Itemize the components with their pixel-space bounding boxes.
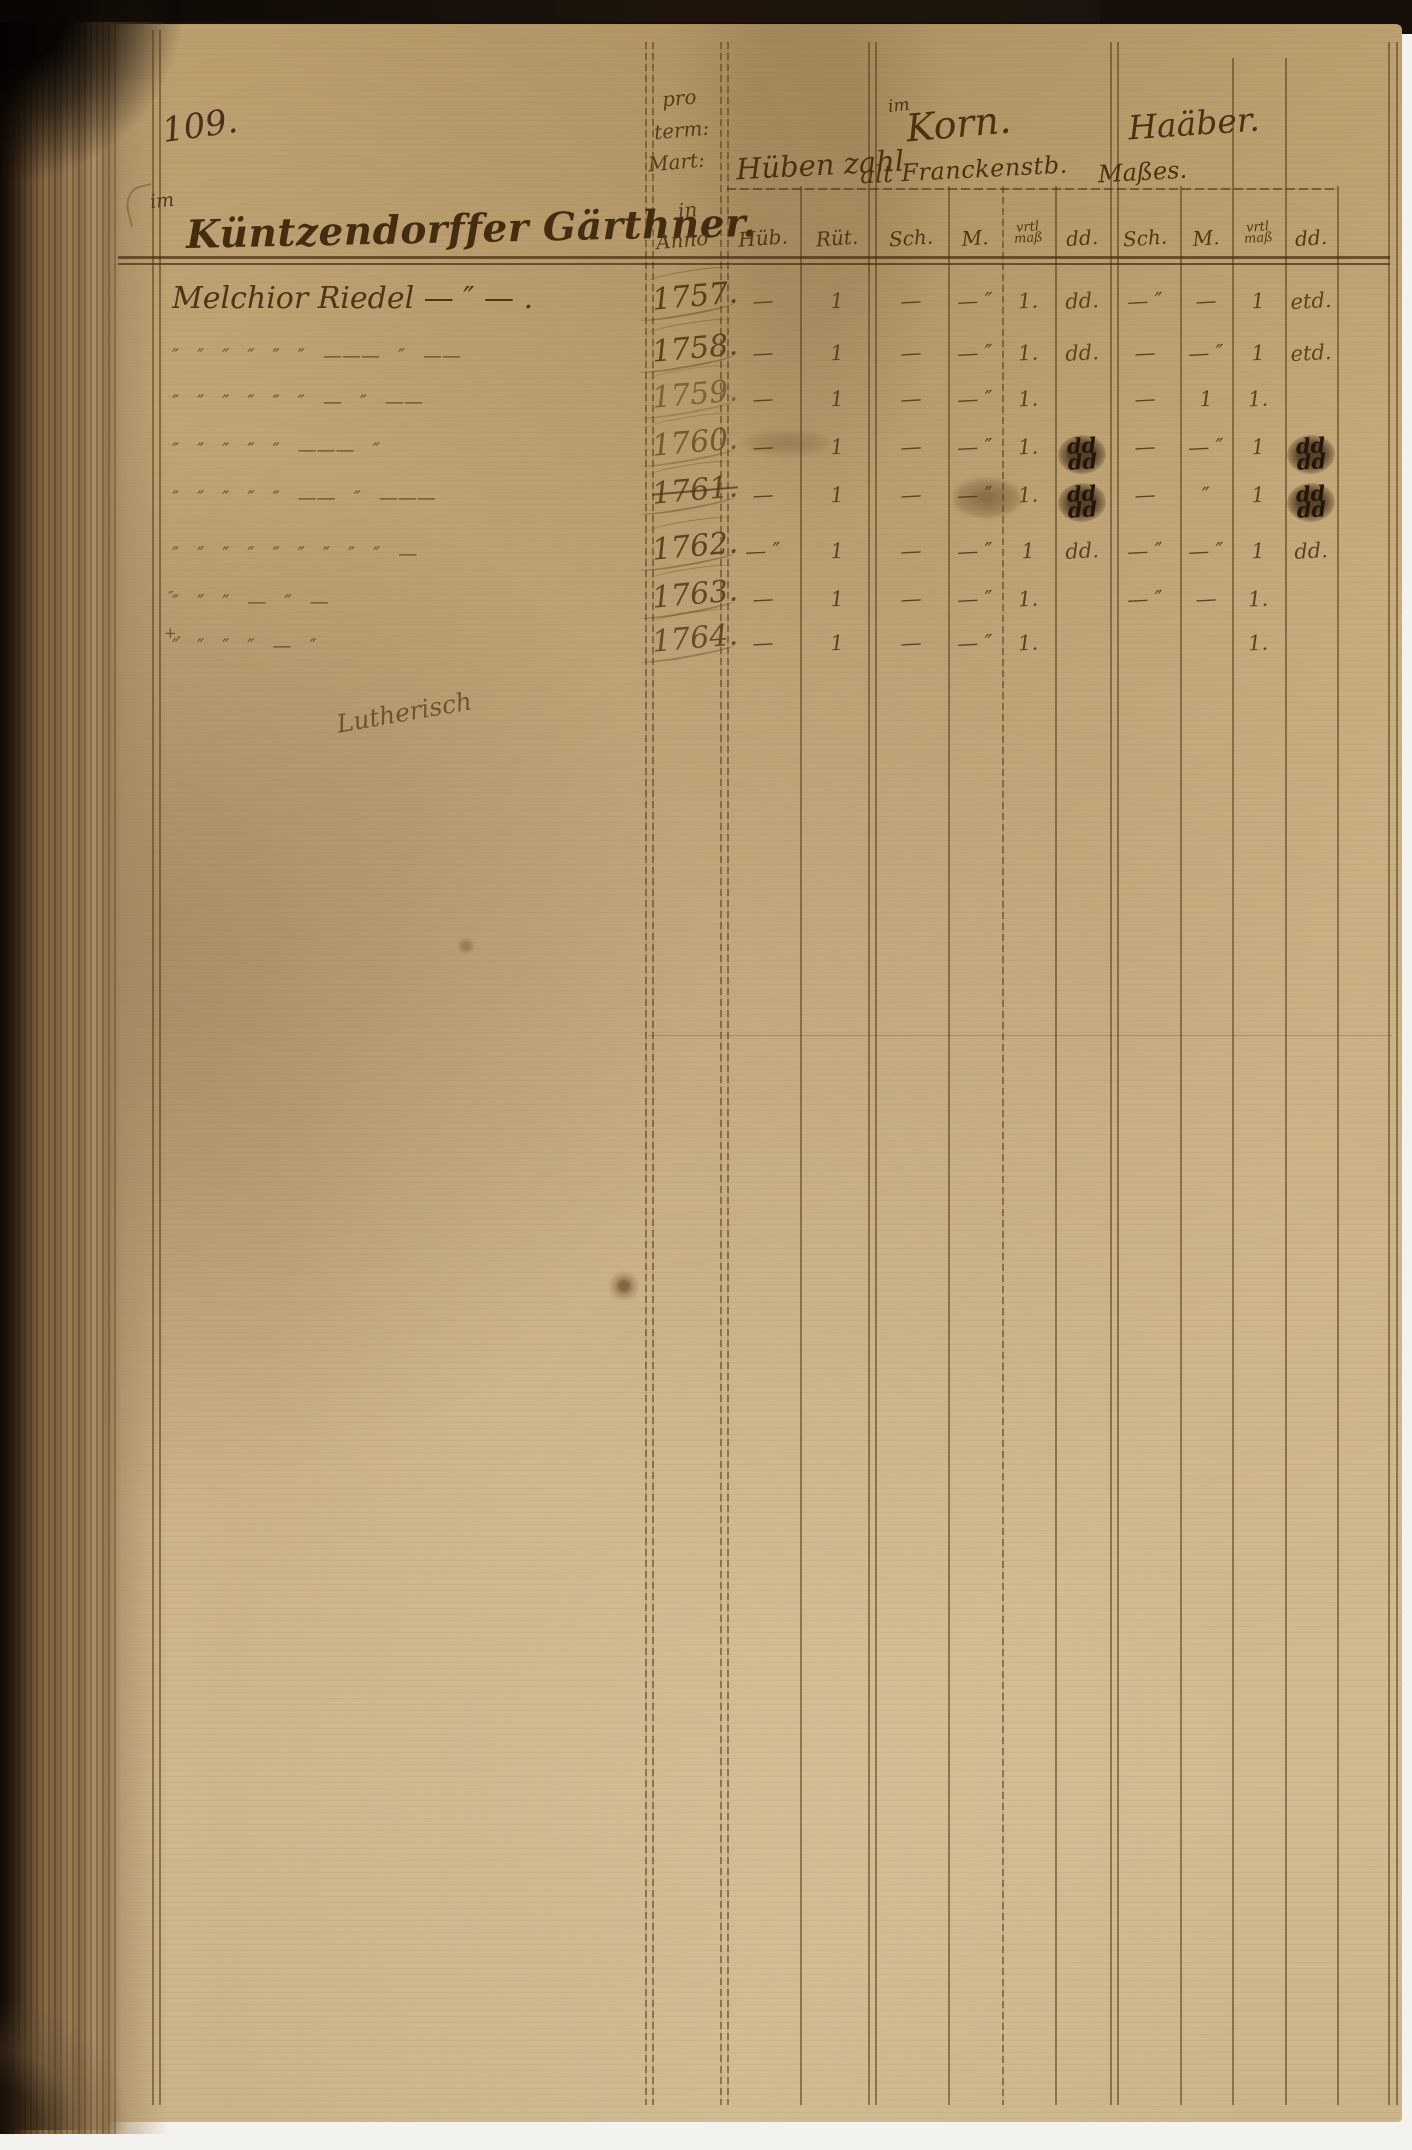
ledger-cell: 1. [1017,434,1038,459]
scanner-bed-bottom [0,2118,1412,2150]
ledger-cell: — ″ [1188,340,1225,366]
row-year: 1762. [651,525,740,567]
ledger-cell: 1 [1251,289,1266,314]
ledger-cell: — [752,288,774,313]
ledger-cell: — ″ [957,386,994,412]
row-year: 1760. [651,421,740,463]
row-name: ″ ″ ″ ″ ″ ——— ″ [172,439,380,461]
ledger-cell: 1 [1251,435,1266,460]
row-year: 1758. [651,327,740,369]
grid-line-vertical [1232,58,1234,2105]
term-col-word-mart: Mart: [647,148,706,177]
ledger-cell: — [752,630,774,655]
grid-line-vertical [1396,42,1398,2105]
ledger-cell: 1 [830,341,845,366]
col-group-haaber-measure: Maßes. [1097,156,1187,189]
ledger-cell: 1. [1017,386,1038,411]
ledger-cell: 1 [830,435,845,460]
ledger-cell: — [1134,340,1156,365]
ink-smudge [742,430,832,456]
ledger-cell: — [900,586,922,611]
grid-line-vertical [1180,186,1182,2105]
subheader-korn-m: M. [961,225,989,251]
ledger-cell: — [900,434,922,459]
ledger-cell: — [752,482,774,507]
title-prefix: im [149,189,175,213]
margin-mark: +. [164,624,181,642]
bottom-left-page-edges [0,1980,150,2130]
ledger-cell: — [752,386,774,411]
row-name: ″ ″ ″ ″ ″ ″ — ″ —— [172,391,423,413]
ledger-cell: — [1134,434,1156,459]
term-col-word-anno: Anno [655,226,709,254]
grid-line-vertical [948,186,950,2105]
ledger-cell: — ″ [1127,538,1164,564]
ledger-cell: — ″ [957,340,994,366]
grid-line-vertical [645,42,647,2105]
subheader-korn-vrtl: vrtl maß [1005,220,1050,245]
row-year: 1764. [651,617,740,659]
row-name: ″ ″ ″ ″ ″ ″ ″ ″ ″ — [172,543,417,565]
grid-line-vertical [1002,186,1004,2105]
ledger-cell: — [1134,482,1156,507]
margin-mark: ″ [168,588,174,606]
row-year: 1759. [651,373,740,415]
term-col-word-term: term: [653,116,710,145]
scanned-ledger-page: 109. im Küntzendorffer Gärthner. pro ter… [0,0,1412,2150]
ledger-cell: etd. [1290,288,1332,314]
ledger-cell: — ″ [957,586,994,612]
grid-line-vertical [1055,186,1057,2105]
ledger-cell: dd. [1294,538,1329,564]
grid-line-vertical [1337,186,1339,2105]
row-name: ″ ″ ″ — ″ — [172,591,329,613]
ledger-cell: 1. [1017,288,1038,313]
page-stack-streaks [0,0,120,2134]
row-name: ″ ″ ″ ″ — ″ [172,635,317,657]
ledger-cell: — [900,386,922,411]
grid-line-vertical [1285,58,1287,2105]
ledger-cell: 1 [830,539,845,564]
subheader-haaber-dd: dd. [1294,225,1328,251]
ledger-cell: 1 [830,587,845,612]
book-binding-edge [0,0,170,2134]
ledger-cell: — ″ [1188,434,1225,460]
ledger-cell: 1. [1247,586,1268,611]
grid-line-vertical [159,30,161,2105]
grid-line-vertical [800,186,802,2105]
ledger-cell: 1 [1251,341,1266,366]
ledger-cell: dd. [1065,340,1100,366]
row-name: ″ ″ ″ ″ ″ ″ ——— ″ —— [172,345,461,367]
ledger-cell: — [1195,586,1217,611]
row-name: Melchior Riedel — ″ — . [172,281,533,316]
ledger-cell: — [900,538,922,563]
subheader-haaber-vrtl: vrtl maß [1235,220,1280,245]
ledger-cell: 1. [1247,386,1268,411]
row-year: 1757. [651,275,740,317]
ledger-cell: 1 [1021,539,1036,564]
subheader-ruet: Rüt. [815,225,859,252]
grid-line-horizontal [648,1035,1392,1036]
ledger-cell: — ″ [957,538,994,564]
ledger-cell: 1. [1017,340,1038,365]
top-shadow-strip [0,0,1100,22]
grid-line-vertical [868,42,870,2105]
ledger-cell: 1 [830,483,845,508]
ledger-cell: — [900,288,922,313]
ledger-cell: — [1195,288,1217,313]
ledger-cell: — [900,630,922,655]
subheader-hueb: Hüb. [737,224,788,251]
ink-smudge [952,478,1022,518]
ledger-cell: — [752,340,774,365]
grid-line-horizontal [727,188,1337,190]
ledger-cell: — ″ [1188,538,1225,564]
ledger-cell: 1 [1251,539,1266,564]
row-name: ″ ″ ″ ″ ″ —— ″ ——— [172,487,436,509]
grid-line-horizontal [118,263,1390,265]
grid-line-vertical [1388,42,1390,2105]
ledger-cell: etd. [1290,340,1332,366]
ledger-cell: dd. [1065,538,1100,564]
ledger-cell: — [752,586,774,611]
ledger-cell: 1 [830,631,845,656]
subheader-haaber-m: M. [1192,225,1220,251]
grid-line-horizontal [118,256,1390,259]
ledger-cell: — [1134,386,1156,411]
ledger-cell: 1. [1247,630,1268,655]
ledger-cell: 1 [1251,483,1266,508]
grid-line-vertical [1110,42,1112,2105]
ledger-cell: 1 [1199,387,1214,412]
subheader-korn-dd: dd. [1065,225,1099,251]
term-col-word-in: in [677,197,698,223]
ledger-cell: — ″ [957,630,994,656]
ledger-cell: — ″ [1127,288,1164,314]
ledger-cell: — ″ [957,288,994,314]
term-col-word-pro: pro [661,85,697,112]
grid-line-vertical [152,30,154,2105]
ledger-cell: — [900,340,922,365]
ledger-cell: — ″ [957,434,994,460]
ledger-cell: ″ [1201,483,1210,507]
ledger-cell: 1. [1017,586,1038,611]
ledger-cell: dd. [1065,288,1100,314]
col-group-korn: Korn. [904,98,1012,151]
grid-line-vertical [875,42,877,2105]
ledger-cell: 1 [830,387,845,412]
ledger-cell: 1. [1017,630,1038,655]
subheader-korn-sch: Sch. [888,224,934,251]
ledger-cell: — ″ [1127,586,1164,612]
grid-line-vertical [1117,42,1119,2105]
row-year: 1761. [651,469,740,511]
ledger-cell: 1 [830,289,845,314]
ledger-cell: — ″ [745,538,782,564]
ledger-cell: — [900,482,922,507]
subheader-haaber-sch: Sch. [1122,224,1168,251]
